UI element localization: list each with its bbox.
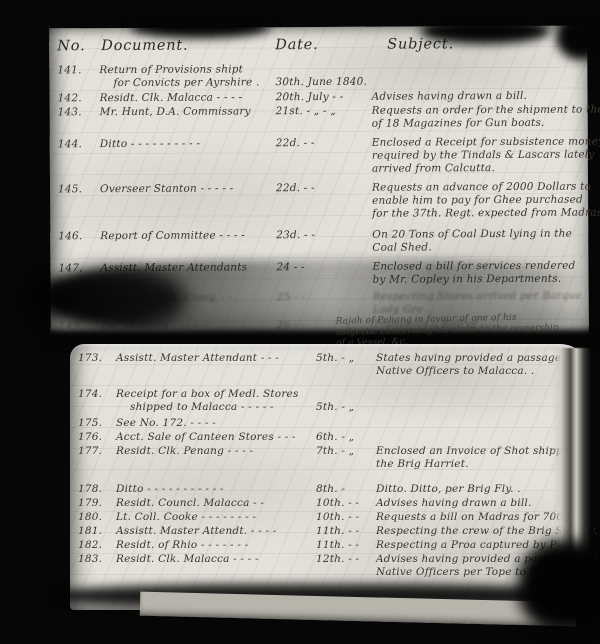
ledger-page-upper: No. Document. Date. Subject. 141.Return … (49, 26, 589, 341)
entry-document-line: See No. 172. - - - - (116, 417, 312, 430)
ledger-row: 177.Residt. Clk. Penang - - - -7th. - „E… (78, 445, 584, 471)
entry-document: Residt. Councl. Malacca - - (116, 497, 312, 510)
entry-document-line: Residt. Clk. Malacca - - - - (116, 553, 312, 566)
entry-document-line: Return of Provisions shipt (99, 63, 271, 77)
entry-document-line: Residt. Councl. Malacca - - (116, 497, 312, 510)
ledger-row: 178.Ditto - - - - - - - - - - -8th. -Dit… (78, 483, 584, 496)
entry-subject-line: Advises having provided a passage for 3 (376, 553, 598, 566)
entry-number: 174. (78, 388, 112, 401)
entry-subject: States having provided a passage for 2Na… (376, 352, 591, 378)
entry-date: 10th. - - (316, 511, 372, 524)
entry-subject: Advises having drawn a bill. (372, 90, 582, 104)
ledger-page-lower: 173.Assistt. Master Attendant - - -5th. … (70, 344, 590, 610)
entry-subject: Requests an order for the shipment to th… (372, 103, 600, 130)
entry-number: 144. (58, 138, 96, 151)
entry-subject-line: Enclosed a Receipt for subsistence money (372, 136, 600, 150)
entry-subject-line: Advises having drawn a bill. (372, 90, 582, 104)
entry-subject: Respecting a Proa captured by Pirates. (376, 539, 592, 552)
column-header-no: No. (57, 34, 97, 58)
entry-number: 148. (59, 292, 97, 305)
ledger-row: 148.Mr. Hunt, D.A. Comy. - -25 - -Respec… (59, 290, 583, 319)
entry-date: 30th. June 1840. (275, 76, 367, 89)
entry-number: 182. (78, 539, 112, 552)
entry-document: Assistt. Master Attendant - - - (116, 352, 312, 365)
entry-number: 179. (78, 497, 112, 510)
ledger-row: 144.Ditto - - - - - - - - - -22d. - -Enc… (58, 136, 582, 178)
entry-document: See No. 172. - - - - (116, 417, 312, 430)
entry-date: 12th. - - (316, 553, 372, 566)
entry-subject: Enclosed an Invoice of Shot shipped onth… (376, 445, 593, 471)
entry-date: 24 - - (276, 261, 368, 274)
entry-subject: Ditto. Ditto, per Brig Fly. . (376, 483, 584, 496)
entry-subject-line: Advises having drawn a bill. (376, 497, 584, 510)
column-header-subject: Subject. (387, 32, 581, 57)
entry-date: 10th. - - (316, 497, 372, 510)
entry-subject-line: the Brig Harriet. (376, 458, 593, 471)
entry-subject-line: enable him to pay for Ghee purchased (372, 193, 600, 207)
entry-number: 141. (57, 64, 95, 77)
ledger-row: 141.Return of Provisions shiptfor Convic… (57, 62, 581, 91)
entry-subject-line: arrived from Calcutta. (372, 162, 600, 176)
entry-document-line: Do. Malacca - - - - (101, 319, 273, 333)
entry-date: 11th. - - (316, 539, 372, 552)
entry-number: 143. (58, 106, 96, 119)
entry-subject: On 20 Tons of Coal Dust lying in theCoal… (372, 228, 582, 255)
ledger-row: 176.Acct. Sale of Canteen Stores - - -6t… (78, 431, 584, 444)
entry-number: 177. (78, 445, 112, 458)
entry-subject-line: Respecting a Proa captured by Pirates. (376, 539, 592, 552)
entry-document: Receipt for a box of Medl. Storesshipped… (116, 388, 312, 414)
entry-subject: Enclosed a bill for services renderedby … (372, 260, 582, 287)
entry-subject (371, 62, 581, 63)
entry-subject-line: by Mr. Copley in his Departments. (372, 273, 582, 287)
entry-subject-line: States having provided a passage for 2 (376, 352, 591, 365)
entry-date: 5th. - „ (316, 401, 372, 414)
entry-date: 11th. - - (316, 525, 372, 538)
entry-document-line: Ditto - - - - - - - - - - - (116, 483, 312, 496)
entry-document-line: Residt. Clk. Penang - - - - (116, 445, 312, 458)
entry-subject-line: Native Officers per Tope to Singapore. . (376, 566, 598, 579)
entry-document: Residt. Clk. Penang - - - - (116, 445, 312, 458)
ledger-row: 174.Receipt for a box of Medl. Storesshi… (78, 388, 584, 414)
ledger-row: 146.Report of Committee - - - -23d. - -O… (58, 228, 582, 257)
entry-document-line: Mr. Hunt, D.A. Comy. - - (101, 291, 273, 305)
entry-number: 146. (58, 230, 96, 243)
lower-entries: 173.Assistt. Master Attendant - - -5th. … (78, 352, 584, 579)
column-header-document: Document. (101, 33, 271, 58)
entry-document: Do. Malacca - - - - (101, 319, 273, 333)
entry-subject: Advises having provided a passage for 3N… (376, 553, 598, 579)
entry-date: 21st. - „ - „ (276, 105, 368, 118)
entry-subject: Enclosed a Receipt for subsistence money… (372, 136, 600, 176)
ledger-row: 145.Overseer Stanton - - - - -22d. - -Re… (58, 181, 582, 223)
entry-document: Return of Provisions shiptfor Convicts p… (99, 63, 271, 90)
lower-page-content: 173.Assistt. Master Attendant - - -5th. … (70, 344, 590, 610)
entry-number: 149. (59, 320, 97, 333)
entry-subject-line: On 20 Tons of Coal Dust lying in the (372, 228, 582, 242)
entry-subject-line: required by the Tindals & Lascars lately (372, 149, 600, 163)
entry-document-line: Overseer Stanton - - - - - (100, 182, 272, 196)
ledger-row: 180.Lt. Coll. Cooke - - - - - - - -10th.… (78, 511, 584, 524)
ledger-row: 181.Assistt. Master Attendt. - - - -11th… (78, 525, 584, 538)
entry-subject: Advises having drawn a bill. (376, 497, 584, 510)
entry-document-line: Residt. of Rhio - - - - - - - (116, 539, 312, 552)
entry-subject: Respecting the crew of the Brig Sydney. … (376, 525, 600, 538)
entry-document: Lt. Coll. Cooke - - - - - - - - (116, 511, 312, 524)
entry-date: 22d. - - (276, 137, 368, 150)
entry-number: 142. (58, 92, 96, 105)
entry-date: 6th. - „ (316, 431, 372, 444)
entry-subject-line: Native Officers to Malacca. . (376, 365, 591, 378)
entry-subject-line: Enclosed a bill for services rendered (372, 260, 582, 274)
entry-document-line: Assistt. Master Attendt. - - - - (116, 525, 312, 538)
entry-date: 22d. - - (276, 182, 368, 195)
entry-subject-line: Transmits a Roll of … (373, 318, 583, 332)
entry-document: Ditto - - - - - - - - - - (100, 137, 272, 151)
ledger-scan: No. Document. Date. Subject. 141.Return … (0, 0, 600, 644)
entry-document: Assistt. Master Attendt. - - - - (116, 525, 312, 538)
entry-document-line: Receipt for a box of Medl. Stores (116, 388, 312, 401)
entry-document: Assistt. Master Attendants (100, 261, 272, 275)
ledger-row: 173.Assistt. Master Attendant - - -5th. … (78, 352, 584, 378)
entry-date: 5th. - „ (316, 352, 372, 365)
entry-document: Residt. Clk. Malacca - - - - (100, 91, 272, 105)
entry-subject-line: Requests an order for the shipment to th… (372, 103, 600, 117)
entry-number: 180. (78, 511, 112, 524)
entry-number: 181. (78, 525, 112, 538)
entry-date: 20th. July - - (276, 91, 368, 104)
entry-document-line: Lt. Coll. Cooke - - - - - - - - (116, 511, 312, 524)
entry-document: Acct. Sale of Canteen Stores - - - (116, 431, 312, 444)
ledger-row: 149.Do. Malacca - - - -26 - -Transmits a… (59, 318, 583, 334)
entry-document: Overseer Stanton - - - - - (100, 182, 272, 196)
ledger-row: 183.Residt. Clk. Malacca - - - -12th. - … (78, 553, 584, 579)
column-header-date: Date. (275, 33, 383, 58)
entry-date: 8th. - (316, 483, 372, 496)
entry-subject-line: for the 37th. Regt. expected from Madras… (372, 206, 600, 220)
entry-date: 23d. - - (276, 229, 368, 242)
entry-document-line: Mr. Hunt, D.A. Commissary (100, 105, 272, 119)
entry-document: Residt. of Rhio - - - - - - - (116, 539, 312, 552)
entry-number: 178. (78, 483, 112, 496)
upper-page-content: No. Document. Date. Subject. 141.Return … (49, 26, 589, 341)
entry-document-line: Assistt. Master Attendant - - - (116, 352, 312, 365)
entry-subject: Transmits a Roll of … (373, 318, 583, 332)
entry-number: 183. (78, 553, 112, 566)
entry-document-line: shipped to Malacca - - - - - (116, 401, 312, 414)
entry-number: 147. (58, 262, 96, 275)
entry-document-line: Ditto - - - - - - - - - - (100, 137, 272, 151)
entry-document: Mr. Hunt, D.A. Commissary (100, 105, 272, 119)
entry-subject-line: Coal Shed. (372, 241, 582, 255)
entry-date: 7th. - „ (316, 445, 372, 458)
entry-document: Ditto - - - - - - - - - - - (116, 483, 312, 496)
entry-number: 173. (78, 352, 112, 365)
entry-subject: Requests an advance of 2000 Dollars toen… (372, 180, 600, 220)
entry-document-line: for Convicts per Ayrshire . (99, 76, 271, 90)
entry-subject-line: Respecting the crew of the Brig Sydney. … (376, 525, 600, 538)
entry-document-line: Assistt. Master Attendants (100, 261, 272, 275)
entry-document: Residt. Clk. Malacca - - - - (116, 553, 312, 566)
entry-subject: Requests a bill on Madras for 700 Rs. (376, 511, 584, 524)
entry-date: 26 - - (277, 319, 369, 332)
entry-subject-line: Respecting Stores arrived per Barque (373, 290, 583, 304)
entry-document: Mr. Hunt, D.A. Comy. - - (101, 291, 273, 305)
entry-document-line: Residt. Clk. Malacca - - - - (100, 91, 272, 105)
entry-subject-line: Requests an advance of 2000 Dollars to (372, 180, 600, 194)
entry-subject-line: of 18 Magazines for Gun boats. (372, 116, 600, 130)
ledger-row: 182.Residt. of Rhio - - - - - - -11th. -… (78, 539, 584, 552)
entry-subject-line: Enclosed an Invoice of Shot shipped on (376, 445, 593, 458)
entry-document-line: Acct. Sale of Canteen Stores - - - (116, 431, 312, 444)
entry-subject-line: Ditto. Ditto, per Brig Fly. . (376, 483, 584, 496)
upper-entries: 141.Return of Provisions shiptfor Convic… (57, 62, 582, 334)
entry-subject-line: Lady Gre… (373, 303, 583, 317)
entry-date: 25 - - (277, 291, 369, 304)
entry-number: 176. (78, 431, 112, 444)
entry-number: 145. (58, 183, 96, 196)
entry-number: 175. (78, 417, 112, 430)
entry-document-line: Report of Committee - - - - (100, 229, 272, 243)
ledger-row: 175.See No. 172. - - - - (78, 417, 584, 430)
entry-document: Report of Committee - - - - (100, 229, 272, 243)
ledger-row: 179.Residt. Councl. Malacca - -10th. - -… (78, 497, 584, 510)
ledger-row: 147.Assistt. Master Attendants24 - -Encl… (58, 260, 582, 289)
ledger-row: 143.Mr. Hunt, D.A. Commissary21st. - „ -… (58, 104, 582, 133)
entry-subject-line: Requests a bill on Madras for 700 Rs. (376, 511, 584, 524)
ledger-row: 142.Residt. Clk. Malacca - - - -20th. Ju… (58, 90, 582, 106)
entry-subject: Respecting Stores arrived per BarqueLady… (373, 290, 583, 317)
column-header-row: No. Document. Date. Subject. (57, 32, 581, 59)
